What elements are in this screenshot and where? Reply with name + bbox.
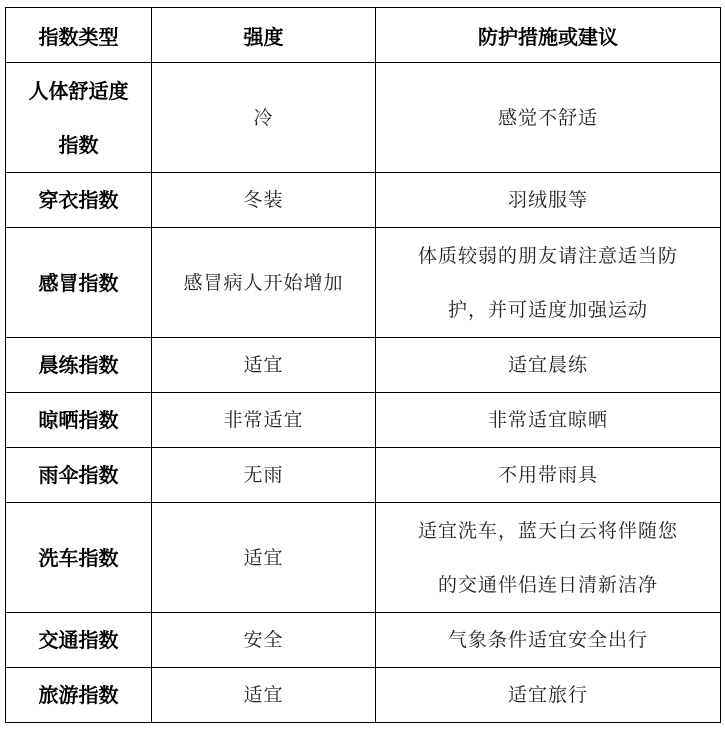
index-type-cell: 晨练指数 [6, 338, 152, 393]
index-type-cell: 人体舒适度 指数 [6, 63, 152, 173]
intensity-cell: 非常适宜 [152, 393, 376, 448]
table-header-row: 指数类型 强度 防护措施或建议 [6, 8, 721, 63]
intensity-cell: 安全 [152, 613, 376, 668]
index-type-cell: 穿衣指数 [6, 173, 152, 228]
header-advice: 防护措施或建议 [376, 8, 721, 63]
intensity-cell: 适宜 [152, 503, 376, 613]
advice-line: 的交通伴侣连日清新洁净 [382, 558, 714, 612]
advice-cell: 体质较弱的朋友请注意适当防 护，并可适度加强运动 [376, 228, 721, 338]
advice-cell: 适宜旅行 [376, 668, 721, 723]
advice-cell: 感觉不舒适 [376, 63, 721, 173]
intensity-cell: 冬装 [152, 173, 376, 228]
intensity-cell: 适宜 [152, 338, 376, 393]
intensity-cell: 适宜 [152, 668, 376, 723]
table-row: 穿衣指数 冬装 羽绒服等 [6, 173, 721, 228]
advice-cell: 羽绒服等 [376, 173, 721, 228]
intensity-cell: 冷 [152, 63, 376, 173]
index-type-line: 指数 [12, 118, 145, 172]
index-type-cell: 晾晒指数 [6, 393, 152, 448]
index-type-cell: 雨伞指数 [6, 448, 152, 503]
intensity-cell: 无雨 [152, 448, 376, 503]
advice-cell: 非常适宜晾晒 [376, 393, 721, 448]
table-row: 交通指数 安全 气象条件适宜安全出行 [6, 613, 721, 668]
table-row: 雨伞指数 无雨 不用带雨具 [6, 448, 721, 503]
advice-cell: 不用带雨具 [376, 448, 721, 503]
header-intensity: 强度 [152, 8, 376, 63]
index-type-cell: 旅游指数 [6, 668, 152, 723]
index-type-line: 人体舒适度 [12, 64, 145, 118]
header-index-type: 指数类型 [6, 8, 152, 63]
advice-line: 体质较弱的朋友请注意适当防 [382, 229, 714, 283]
table-row: 感冒指数 感冒病人开始增加 体质较弱的朋友请注意适当防 护，并可适度加强运动 [6, 228, 721, 338]
table-row: 人体舒适度 指数 冷 感觉不舒适 [6, 63, 721, 173]
advice-cell: 适宜洗车，蓝天白云将伴随您 的交通伴侣连日清新洁净 [376, 503, 721, 613]
weather-index-table: 指数类型 强度 防护措施或建议 人体舒适度 指数 冷 感觉不舒适 穿衣指数 冬装… [5, 7, 721, 723]
advice-line: 护，并可适度加强运动 [382, 283, 714, 337]
advice-cell: 适宜晨练 [376, 338, 721, 393]
table-row: 旅游指数 适宜 适宜旅行 [6, 668, 721, 723]
table-row: 洗车指数 适宜 适宜洗车，蓝天白云将伴随您 的交通伴侣连日清新洁净 [6, 503, 721, 613]
table-row: 晨练指数 适宜 适宜晨练 [6, 338, 721, 393]
advice-cell: 气象条件适宜安全出行 [376, 613, 721, 668]
index-type-cell: 交通指数 [6, 613, 152, 668]
index-type-cell: 洗车指数 [6, 503, 152, 613]
index-type-cell: 感冒指数 [6, 228, 152, 338]
intensity-cell: 感冒病人开始增加 [152, 228, 376, 338]
advice-line: 适宜洗车，蓝天白云将伴随您 [382, 504, 714, 558]
table-row: 晾晒指数 非常适宜 非常适宜晾晒 [6, 393, 721, 448]
